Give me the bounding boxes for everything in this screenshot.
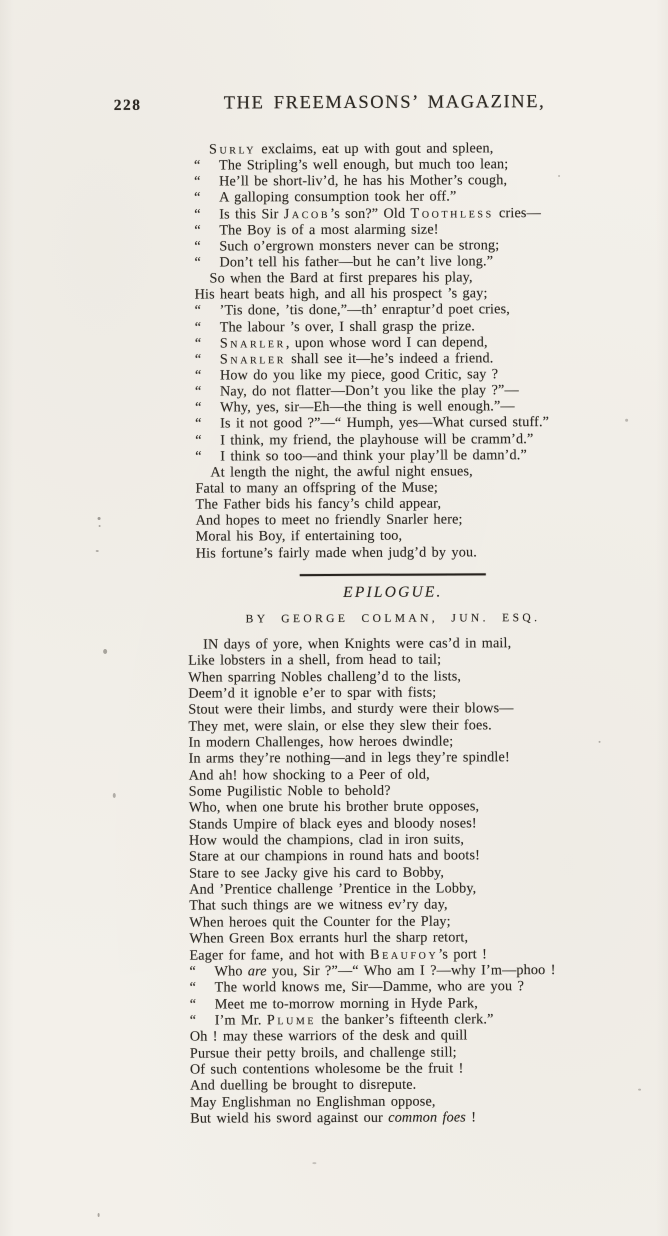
poem-line: “Is it not good ?”—“ Humph, yes—What cur… xyxy=(195,414,597,432)
poem-line: They met, were slain, or else they slew … xyxy=(188,717,598,735)
open-quote-mark: “ xyxy=(194,238,219,254)
poem-line: The Father bids his fancy’s child appear… xyxy=(195,495,597,513)
poem-line: Pursue their petty broils, and challenge… xyxy=(190,1043,600,1061)
poem-line: His fortune’s fairly made when judg’d by… xyxy=(196,543,598,561)
open-quote-mark: “ xyxy=(190,1012,215,1028)
poem-line: “The Boy is of a most alarming size! xyxy=(194,221,596,239)
open-quote-mark: “ xyxy=(194,206,219,222)
poem-line: “How do you like my piece, good Critic, … xyxy=(195,366,597,384)
poem-line: His heart beats high, and all his prospe… xyxy=(195,285,597,303)
poem-line: “Is this Sir Jacob’s son?” Old Toothless… xyxy=(194,204,596,222)
open-quote-mark: “ xyxy=(195,303,220,319)
page-content: 228 THE FREEMASONS’ MAGAZINE, Surly excl… xyxy=(0,0,668,1236)
epilogue-title: EPILOGUE. xyxy=(188,584,598,602)
poem-line: Stands Umpire of black eyes and bloody n… xyxy=(189,815,599,833)
scan-speck xyxy=(312,1162,316,1164)
poem-line: “Why, yes, sir—Eh—the thing is well enou… xyxy=(195,398,597,416)
poem-line: “The world knows me, Sir—Damme, who are … xyxy=(190,978,600,996)
poem-line: IN days of yore, when Knights were cas’d… xyxy=(188,635,598,653)
text-column: Surly exclaims, eat up with gout and spl… xyxy=(186,140,600,1127)
open-quote-mark: “ xyxy=(195,367,220,383)
poem-line: “He’ll be short-liv’d, he has his Mother… xyxy=(194,172,596,190)
poem-line: Eager for fame, and hot with Beaufoy’s p… xyxy=(189,945,599,963)
open-quote-mark: “ xyxy=(190,963,215,979)
open-quote-mark: “ xyxy=(194,174,219,190)
poem-line: “I think, my friend, the playhouse will … xyxy=(195,430,597,448)
open-quote-mark: “ xyxy=(195,416,220,432)
open-quote-mark: “ xyxy=(194,254,219,270)
poem-line: “Snarler shall see it—he’s indeed a frie… xyxy=(195,350,597,368)
poem-line: “Meet me to-morrow morning in Hyde Park, xyxy=(190,994,600,1012)
poem-line: When sparring Nobles challeng’d to the l… xyxy=(188,668,598,686)
scan-speck xyxy=(113,793,116,798)
poem-line: At length the night, the awful night ens… xyxy=(195,463,597,481)
small-caps-name: Beaufoy xyxy=(370,946,438,962)
poem-line: Deem’d it ignoble e’er to spar with fist… xyxy=(188,684,598,702)
poem-line: Moral his Boy, if entertaining too, xyxy=(196,527,598,545)
poem-line: In arms they’re nothing—and in legs they… xyxy=(189,749,599,767)
open-quote-mark: “ xyxy=(195,335,220,351)
poem-line: Some Pugilistic Noble to behold? xyxy=(189,782,599,800)
open-quote-mark: “ xyxy=(194,222,219,238)
poem-line: “Snarler, upon whose word I can depend, xyxy=(195,334,597,352)
open-quote-mark: “ xyxy=(195,384,220,400)
scan-speck xyxy=(103,649,107,654)
scan-speck xyxy=(96,550,99,552)
italic-phrase: common foes xyxy=(388,1109,466,1125)
poem-line: When Green Box errants hurl the sharp re… xyxy=(189,929,599,947)
poem-line: And ’Prentice challenge ’Prentice in the… xyxy=(189,880,599,898)
poem-line: Who, when one brute his brother brute op… xyxy=(189,798,599,816)
scan-speck xyxy=(99,525,101,527)
poem-line: “Such o’ergrown monsters never can be st… xyxy=(194,237,596,255)
poem-line: That such things are we witness ev’ry da… xyxy=(189,896,599,914)
poem-line: Surly exclaims, eat up with gout and spl… xyxy=(194,140,596,158)
scan-speck xyxy=(638,1089,641,1091)
poem-line: Stare to see Jacky give his card to Bobb… xyxy=(189,864,599,882)
poem-line: Like lobsters in a shell, from head to t… xyxy=(188,651,598,669)
page-number: 228 xyxy=(114,97,142,115)
scan-speck xyxy=(625,419,628,422)
small-caps-name: Snarler xyxy=(220,351,286,367)
poem-line: “Who are you, Sir ?”—“ Who am I ?—why I’… xyxy=(190,962,600,980)
italic-phrase: are xyxy=(248,963,267,979)
poem-line: May Englishman no Englishman oppose, xyxy=(190,1092,600,1110)
open-quote-mark: “ xyxy=(195,319,220,335)
poem-line: Fatal to many an offspring of the Muse; xyxy=(195,479,597,497)
small-caps-name: Toothless xyxy=(410,205,493,221)
poem-line: Stare at our champions in round hats and… xyxy=(189,847,599,865)
poem-line: Of such contentions wholesome be the fru… xyxy=(190,1060,600,1078)
open-quote-mark: “ xyxy=(190,980,215,996)
poem-line: When heroes quit the Counter for the Pla… xyxy=(189,913,599,931)
small-caps-name: Snarler xyxy=(220,335,286,351)
epilogue-verses: IN days of yore, when Knights were cas’d… xyxy=(188,635,600,1127)
open-quote-mark: “ xyxy=(190,996,215,1012)
section-divider xyxy=(300,573,486,576)
open-quote-mark: “ xyxy=(195,432,220,448)
open-quote-mark: “ xyxy=(195,351,220,367)
epilogue-byline: BY GEORGE COLMAN, JUN. ESQ. xyxy=(188,610,598,628)
scanned-magazine-page: 228 THE FREEMASONS’ MAGAZINE, Surly excl… xyxy=(0,0,668,1236)
open-quote-mark: “ xyxy=(195,448,220,464)
poem-line: But wield his sword against our common f… xyxy=(190,1109,600,1127)
small-caps-name: Jacob xyxy=(284,206,330,222)
poem-line: “I’m Mr. Plume the banker’s fifteenth cl… xyxy=(190,1011,600,1029)
scan-speck xyxy=(558,175,560,177)
magazine-title: THE FREEMASONS’ MAGAZINE, xyxy=(224,92,546,114)
poem-line: “Don’t tell his father—but he can’t live… xyxy=(194,253,596,271)
open-quote-mark: “ xyxy=(194,158,219,174)
poem-line: “A galloping consumption took her off.” xyxy=(194,188,596,206)
poem-line: “’Tis done, ’tis done,”—th’ enraptur’d p… xyxy=(195,301,597,319)
scan-speck xyxy=(599,741,601,743)
poem-line: How would the champions, clad in iron su… xyxy=(189,831,599,849)
poem-satire-verses: Surly exclaims, eat up with gout and spl… xyxy=(186,140,598,561)
open-quote-mark: “ xyxy=(195,400,220,416)
poem-line: “The labour ’s over, I shall grasp the p… xyxy=(195,317,597,335)
poem-line: So when the Bard at first prepares his p… xyxy=(194,269,596,287)
poem-line: In modern Challenges, how heroes dwindle… xyxy=(189,733,599,751)
poem-line: Stout were their limbs, and sturdy were … xyxy=(188,700,598,718)
small-caps-name: Plume xyxy=(267,1012,316,1028)
scan-speck xyxy=(98,517,101,520)
small-caps-name: Surly xyxy=(209,141,256,157)
poem-line: Oh ! may these warriors of the desk and … xyxy=(190,1027,600,1045)
poem-line: “I think so too—and think your play’ll b… xyxy=(195,447,597,465)
scan-speck xyxy=(98,1213,100,1217)
poem-line: And duelling be brought to disrepute. xyxy=(190,1076,600,1094)
poem-line: “The Stripling’s well enough, but much t… xyxy=(194,156,596,174)
poem-line: “Nay, do not flatter—Don’t you like the … xyxy=(195,382,597,400)
poem-line: And hopes to meet no friendly Snarler he… xyxy=(196,511,598,529)
poem-line: And ah! how shocking to a Peer of old, xyxy=(189,766,599,784)
open-quote-mark: “ xyxy=(194,190,219,206)
